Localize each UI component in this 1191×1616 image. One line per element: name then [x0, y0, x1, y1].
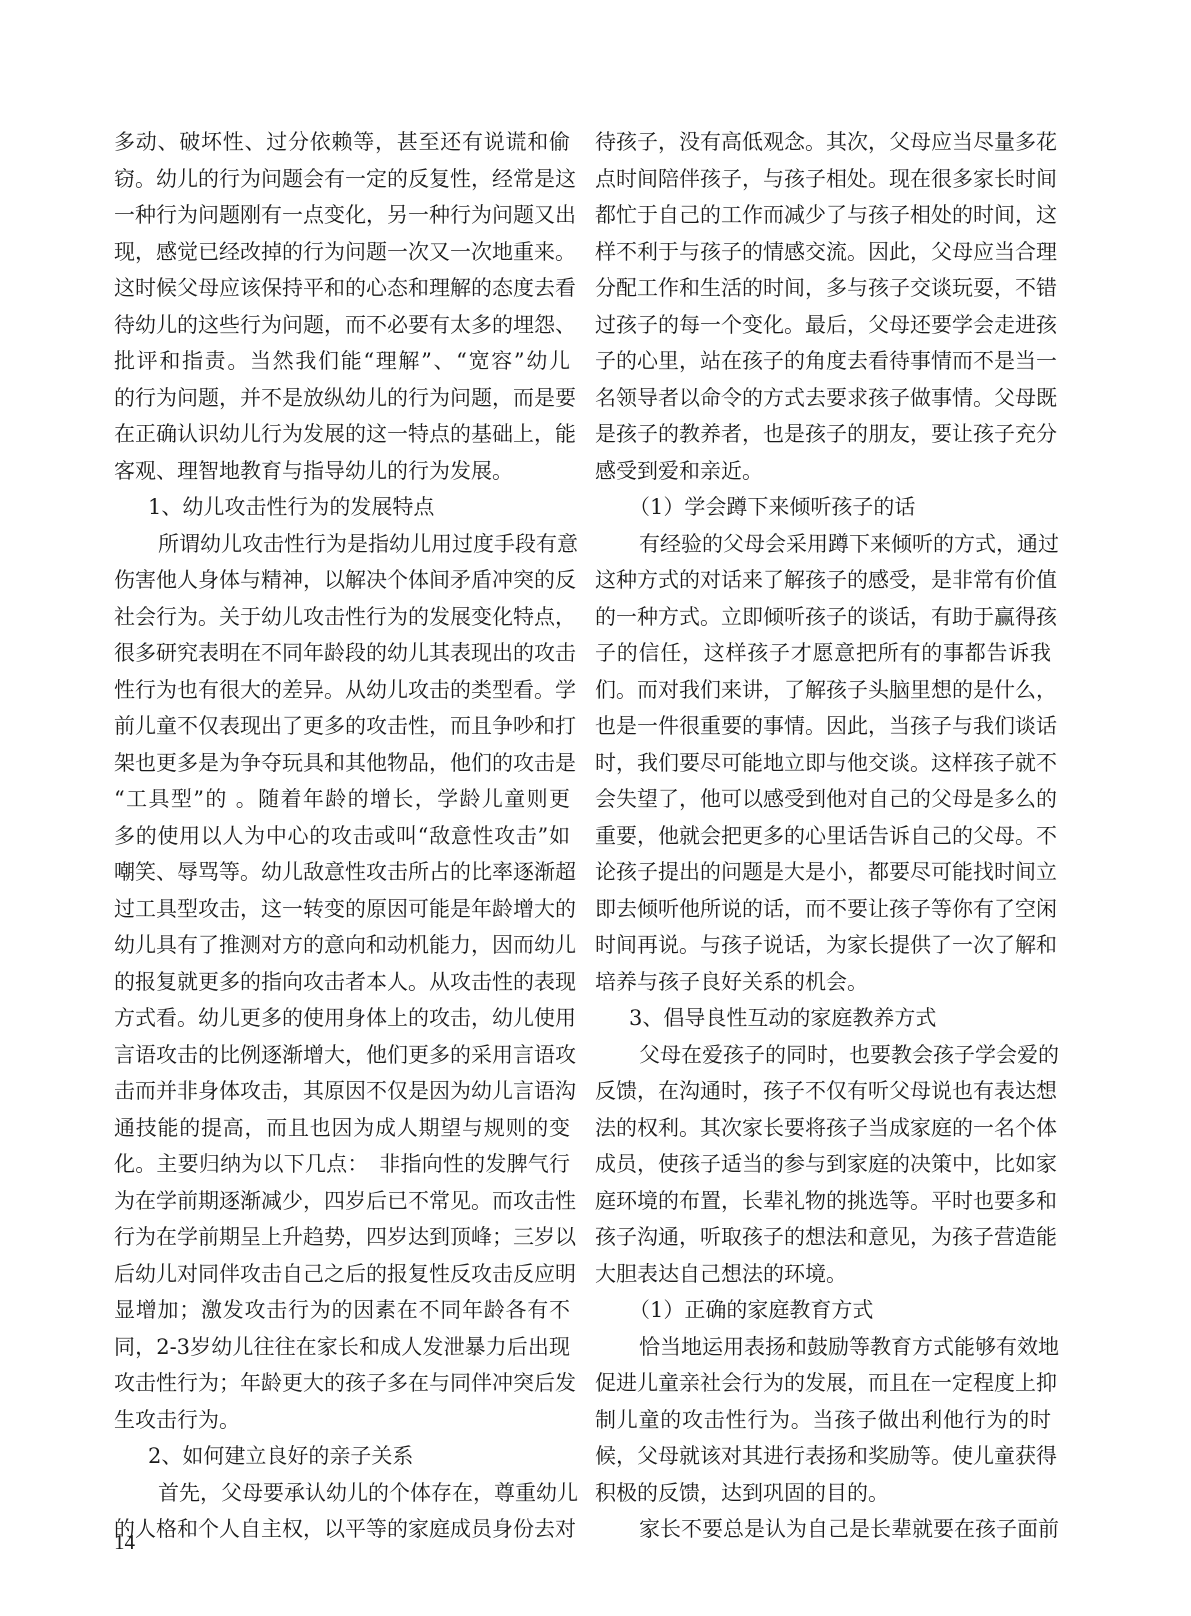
text-line: “工具型”的 。随着年龄的增长，学龄儿童则更	[114, 781, 570, 818]
paragraph-first-line: 家长不要总是认为自己是长辈就要在孩子面前	[595, 1511, 1051, 1548]
section-heading: 3、倡导良性互动的家庭教养方式	[595, 1000, 1051, 1037]
text-line: 重要，他就会把更多的心里话告诉自己的父母。不	[595, 818, 1051, 855]
section-heading: （1）正确的家庭教育方式	[595, 1292, 1051, 1329]
text-line: 待孩子，没有高低观念。其次，父母应当尽量多花	[595, 124, 1051, 161]
text-line: 法的权利。其次家长要将孩子当成家庭的一名个体	[595, 1110, 1051, 1147]
text-line: 子的心里，站在孩子的角度去看待事情而不是当一	[595, 343, 1051, 380]
text-line: 现，感觉已经改掉的行为问题一次又一次地重来。	[114, 234, 570, 271]
text-line: 会失望了，他可以感受到他对自己的父母是多么的	[595, 781, 1051, 818]
text-line: 的一种方式。立即倾听孩子的谈话，有助于赢得孩	[595, 599, 1051, 636]
text-line: 时，我们要尽可能地立即与他交谈。这样孩子就不	[595, 745, 1051, 782]
text-line: 前儿童不仅表现出了更多的攻击性，而且争吵和打	[114, 708, 570, 745]
paragraph-last-line: 大胆表达自己想法的环境。	[595, 1256, 1051, 1293]
text-line: 制儿童的攻击性行为。当孩子做出利他行为的时	[595, 1402, 1051, 1439]
text-line: 子的信任，这样孩子才愿意把所有的事都告诉我	[595, 635, 1051, 672]
text-line: 社会行为。关于幼儿攻击性行为的发展变化特点，	[114, 599, 570, 636]
text-line: 的报复就更多的指向攻击者本人。从攻击性的表现	[114, 964, 570, 1001]
text-line: 时间再说。与孩子说话，为家长提供了一次了解和	[595, 927, 1051, 964]
text-line: 点时间陪伴孩子，与孩子相处。现在很多家长时间	[595, 161, 1051, 198]
text-line: 样不利于与孩子的情感交流。因此，父母应当合理	[595, 234, 1051, 271]
page-number: 14	[114, 1530, 135, 1555]
text-line: 多的使用以人为中心的攻击或叫“敌意性攻击”如	[114, 818, 570, 855]
text-line: 这种方式的对话来了解孩子的感受，是非常有价值	[595, 562, 1051, 599]
text-line: 论孩子提出的问题是大是小，都要尽可能找时间立	[595, 854, 1051, 891]
text-line: 通技能的提高，而且也因为成人期望与规则的变	[114, 1110, 570, 1147]
text-line: 即去倾听他所说的话，而不要让孩子等你有了空闲	[595, 891, 1051, 928]
text-line: 过孩子的每一个变化。最后，父母还要学会走进孩	[595, 307, 1051, 344]
text-line: 孩子沟通，听取孩子的想法和意见，为孩子营造能	[595, 1219, 1051, 1256]
text-line: 的行为问题，并不是放纵幼儿的行为问题，而是要	[114, 380, 570, 417]
text-line: 幼儿具有了推测对方的意向和动机能力，因而幼儿	[114, 927, 570, 964]
paragraph-last-line: 积极的反馈，达到巩固的目的。	[595, 1475, 1051, 1512]
paragraph-first-line: 首先，父母要承认幼儿的个体存在，尊重幼儿	[114, 1475, 570, 1512]
right-column: 待孩子，没有高低观念。其次，父母应当尽量多花点时间陪伴孩子，与孩子相处。现在很多…	[595, 124, 1051, 1548]
paragraph-last-line: 生攻击行为。	[114, 1402, 570, 1439]
text-line: 后幼儿对同伴攻击自己之后的报复性反攻击反应明	[114, 1256, 570, 1293]
text-line: 也是一件很重要的事情。因此，当孩子与我们谈话	[595, 708, 1051, 745]
text-line: 窃。幼儿的行为问题会有一定的反复性，经常是这	[114, 161, 570, 198]
text-line: 同，2-3岁幼儿往往在家长和成人发泄暴力后出现	[114, 1329, 570, 1366]
text-line: 名领导者以命令的方式去要求孩子做事情。父母既	[595, 380, 1051, 417]
text-line: 是孩子的教养者，也是孩子的朋友，要让孩子充分	[595, 416, 1051, 453]
text-line: 方式看。幼儿更多的使用身体上的攻击，幼儿使用	[114, 1000, 570, 1037]
text-line: 言语攻击的比例逐渐增大，他们更多的采用言语攻	[114, 1037, 570, 1074]
text-line: 在正确认识幼儿行为发展的这一特点的基础上，能	[114, 416, 570, 453]
section-heading: 2、如何建立良好的亲子关系	[114, 1438, 570, 1475]
left-column: 多动、破坏性、过分依赖等，甚至还有说谎和偷窃。幼儿的行为问题会有一定的反复性，经…	[114, 124, 570, 1548]
text-line: 性行为也有很大的差异。从幼儿攻击的类型看。学	[114, 672, 570, 709]
text-line: 击而并非身体攻击，其原因不仅是因为幼儿言语沟	[114, 1073, 570, 1110]
text-line: 们。而对我们来讲，了解孩子头脑里想的是什么，	[595, 672, 1051, 709]
document-page: 多动、破坏性、过分依赖等，甚至还有说谎和偷窃。幼儿的行为问题会有一定的反复性，经…	[0, 0, 1191, 1616]
text-line: 攻击性行为；年龄更大的孩子多在与同伴冲突后发	[114, 1365, 570, 1402]
text-line: 过工具型攻击，这一转变的原因可能是年龄增大的	[114, 891, 570, 928]
paragraph-first-line: 所谓幼儿攻击性行为是指幼儿用过度手段有意	[114, 526, 570, 563]
paragraph-last-line: 客观、理智地教育与指导幼儿的行为发展。	[114, 453, 570, 490]
text-line: 促进儿童亲社会行为的发展，而且在一定程度上抑	[595, 1365, 1051, 1402]
paragraph-first-line: 父母在爱孩子的同时，也要教会孩子学会爱的	[595, 1037, 1051, 1074]
text-line: 很多研究表明在不同年龄段的幼儿其表现出的攻击	[114, 635, 570, 672]
paragraph-last-line: 感受到爱和亲近。	[595, 453, 1051, 490]
text-line: 待幼儿的这些行为问题，而不必要有太多的埋怨、	[114, 307, 570, 344]
text-line: 分配工作和生活的时间，多与孩子交谈玩耍，不错	[595, 270, 1051, 307]
text-line: 行为在学前期呈上升趋势，四岁达到顶峰；三岁以	[114, 1219, 570, 1256]
paragraph-first-line: 恰当地运用表扬和鼓励等教育方式能够有效地	[595, 1329, 1051, 1366]
text-line: 庭环境的布置，长辈礼物的挑选等。平时也要多和	[595, 1183, 1051, 1220]
text-line: 架也更多是为争夺玩具和其他物品，他们的攻击是	[114, 745, 570, 782]
text-line: 都忙于自己的工作而减少了与孩子相处的时间，这	[595, 197, 1051, 234]
text-line: 候，父母就该对其进行表扬和奖励等。使儿童获得	[595, 1438, 1051, 1475]
text-line: 为在学前期逐渐减少，四岁后已不常见。而攻击性	[114, 1183, 570, 1220]
paragraph-first-line: 有经验的父母会采用蹲下来倾听的方式，通过	[595, 526, 1051, 563]
text-line: 化。主要归纳为以下几点： 非指向性的发脾气行	[114, 1146, 570, 1183]
section-heading: （1）学会蹲下来倾听孩子的话	[595, 489, 1051, 526]
text-line: 嘲笑、辱骂等。幼儿敌意性攻击所占的比率逐渐超	[114, 854, 570, 891]
text-line: 成员，使孩子适当的参与到家庭的决策中，比如家	[595, 1146, 1051, 1183]
text-line: 批评和指责。当然我们能“理解”、“宽容”幼儿	[114, 343, 570, 380]
text-line: 多动、破坏性、过分依赖等，甚至还有说谎和偷	[114, 124, 570, 161]
text-line: 一种行为问题刚有一点变化，另一种行为问题又出	[114, 197, 570, 234]
text-line: 显增加；激发攻击行为的因素在不同年龄各有不	[114, 1292, 570, 1329]
text-line: 伤害他人身体与精神，以解决个体间矛盾冲突的反	[114, 562, 570, 599]
text-line: 反馈，在沟通时，孩子不仅有听父母说也有表达想	[595, 1073, 1051, 1110]
text-line: 的人格和个人自主权，以平等的家庭成员身份去对	[114, 1511, 570, 1548]
paragraph-last-line: 培养与孩子良好关系的机会。	[595, 964, 1051, 1001]
text-line: 这时候父母应该保持平和的心态和理解的态度去看	[114, 270, 570, 307]
section-heading: 1、幼儿攻击性行为的发展特点	[114, 489, 570, 526]
